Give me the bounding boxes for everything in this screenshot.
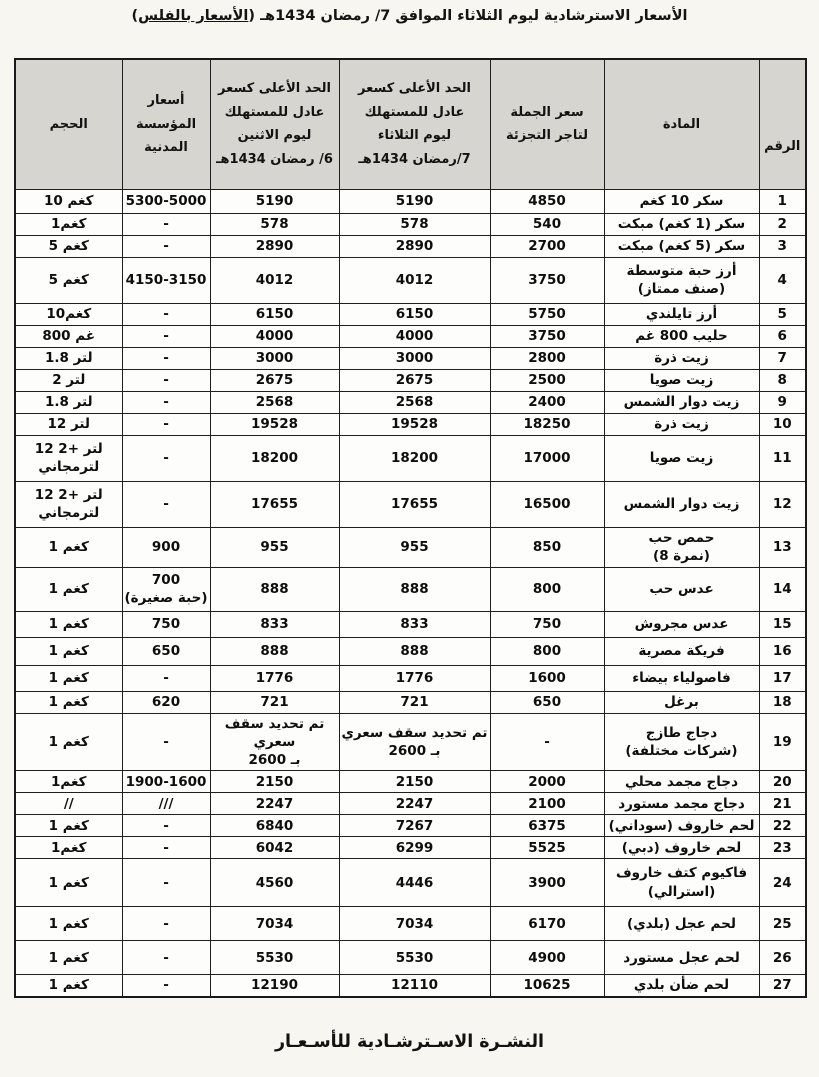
table-row: 17فاصولياء بيضاء160017761776-1 كغم <box>15 665 806 691</box>
cell-material: لحم خاروف (دبي) <box>604 837 759 859</box>
cell-institution-price: - <box>122 815 210 837</box>
cell-wholesale-price: 5525 <box>490 837 604 859</box>
cell-max-price-tuesday: 18200 <box>339 435 490 481</box>
table-row: 13حمص حب (نمرة 8)8509559559001 كغم <box>15 527 806 567</box>
cell-wholesale-price: 3750 <box>490 325 604 347</box>
cell-max-price-tuesday: 5190 <box>339 189 490 213</box>
cell-max-price-tuesday: 6299 <box>339 837 490 859</box>
cell-material: دجاج مجمد مستورد <box>604 793 759 815</box>
cell-max-price-monday: 2675 <box>210 369 339 391</box>
row-number: 6 <box>759 325 806 347</box>
cell-size: 12 لتر <box>15 413 122 435</box>
table-row: 12زيت دوار الشمس165001765517655-12 لتر +… <box>15 481 806 527</box>
cell-material: زيت ذرة <box>604 347 759 369</box>
row-number: 13 <box>759 527 806 567</box>
cell-material: لحم عجل (بلدي) <box>604 907 759 941</box>
cell-max-price-monday: 6150 <box>210 303 339 325</box>
cell-size: 1.8 لتر <box>15 347 122 369</box>
cell-max-price-tuesday: 2890 <box>339 235 490 257</box>
cell-max-price-tuesday: 2150 <box>339 771 490 793</box>
prices-table: الرقم المادة سعر الجملة لتاجر التجزئة ال… <box>14 58 807 998</box>
cell-max-price-monday: 2247 <box>210 793 339 815</box>
row-number: 4 <box>759 257 806 303</box>
cell-size: 1كغم <box>15 837 122 859</box>
cell-institution-price: - <box>122 391 210 413</box>
row-number: 11 <box>759 435 806 481</box>
table-row: 10زيت ذرة182501952819528-12 لتر <box>15 413 806 435</box>
cell-institution-price: 750 <box>122 611 210 637</box>
cell-institution-price: 4150-3150 <box>122 257 210 303</box>
cell-material: سكر (5 كغم) مبكت <box>604 235 759 257</box>
cell-max-price-tuesday: 17655 <box>339 481 490 527</box>
cell-size: 800 غم <box>15 325 122 347</box>
cell-institution-price: - <box>122 907 210 941</box>
cell-institution-price: - <box>122 713 210 771</box>
cell-size: // <box>15 793 122 815</box>
cell-wholesale-price: 6375 <box>490 815 604 837</box>
cell-wholesale-price: 2400 <box>490 391 604 413</box>
cell-wholesale-price: - <box>490 713 604 771</box>
row-number: 19 <box>759 713 806 771</box>
table-row: 23لحم خاروف (دبي)552562996042-1كغم <box>15 837 806 859</box>
cell-institution-price: - <box>122 303 210 325</box>
cell-material: عدس مجروش <box>604 611 759 637</box>
table-row: 26لحم عجل مستورد490055305530-1 كغم <box>15 941 806 975</box>
cell-max-price-tuesday: 19528 <box>339 413 490 435</box>
row-number: 14 <box>759 567 806 611</box>
cell-size: 1 كغم <box>15 691 122 713</box>
cell-max-price-monday: 2568 <box>210 391 339 413</box>
row-number: 7 <box>759 347 806 369</box>
cell-size: 1 كغم <box>15 637 122 665</box>
row-number: 3 <box>759 235 806 257</box>
cell-material: حمص حب (نمرة 8) <box>604 527 759 567</box>
header-size: الحجم <box>15 59 122 189</box>
cell-size: 12 لتر +2 لترمجاني <box>15 481 122 527</box>
table-row: 22لحم خاروف (سوداني)637572676840-1 كغم <box>15 815 806 837</box>
cell-max-price-monday: 1776 <box>210 665 339 691</box>
cell-material: دجاج طازج (شركات مختلفة) <box>604 713 759 771</box>
cell-max-price-monday: 4012 <box>210 257 339 303</box>
cell-size: 1.8 لتر <box>15 391 122 413</box>
cell-max-price-tuesday: 3000 <box>339 347 490 369</box>
cell-material: أرز حبة متوسطة (صنف ممتاز) <box>604 257 759 303</box>
cell-institution-price: - <box>122 435 210 481</box>
row-number: 27 <box>759 975 806 997</box>
cell-max-price-monday: 5190 <box>210 189 339 213</box>
cell-max-price-tuesday: 721 <box>339 691 490 713</box>
cell-max-price-monday: 721 <box>210 691 339 713</box>
cell-institution-price: 620 <box>122 691 210 713</box>
cell-material: فاصولياء بيضاء <box>604 665 759 691</box>
cell-max-price-monday: 7034 <box>210 907 339 941</box>
row-number: 12 <box>759 481 806 527</box>
cell-max-price-monday: 6042 <box>210 837 339 859</box>
table-row: 9زيت دوار الشمس240025682568-1.8 لتر <box>15 391 806 413</box>
cell-material: عدس حب <box>604 567 759 611</box>
cell-size: 1 كغم <box>15 527 122 567</box>
cell-size: 10 كغم <box>15 189 122 213</box>
cell-material: دجاج مجمد محلي <box>604 771 759 793</box>
cell-material: زيت ذرة <box>604 413 759 435</box>
cell-max-price-tuesday: 888 <box>339 567 490 611</box>
cell-size: 2 لتر <box>15 369 122 391</box>
cell-max-price-tuesday: 1776 <box>339 665 490 691</box>
cell-institution-price: - <box>122 941 210 975</box>
cell-max-price-monday: تم تحديد سقف سعري بـ 2600 <box>210 713 339 771</box>
cell-material: لحم خاروف (سوداني) <box>604 815 759 837</box>
cell-institution-price: - <box>122 665 210 691</box>
cell-wholesale-price: 18250 <box>490 413 604 435</box>
table-row: 14عدس حب800888888700 (حبة صغيرة)1 كغم <box>15 567 806 611</box>
cell-size: 1 كغم <box>15 907 122 941</box>
cell-size: 1 كغم <box>15 975 122 997</box>
cell-institution-price: - <box>122 235 210 257</box>
cell-wholesale-price: 540 <box>490 213 604 235</box>
cell-max-price-monday: 2890 <box>210 235 339 257</box>
cell-wholesale-price: 10625 <box>490 975 604 997</box>
cell-wholesale-price: 800 <box>490 637 604 665</box>
table-row: 5أرز تايلندي575061506150-10كغم <box>15 303 806 325</box>
row-number: 17 <box>759 665 806 691</box>
cell-max-price-monday: 833 <box>210 611 339 637</box>
cell-size: 1 كغم <box>15 815 122 837</box>
cell-wholesale-price: 4900 <box>490 941 604 975</box>
cell-institution-price: 5300-5000 <box>122 189 210 213</box>
table-row: 4أرز حبة متوسطة (صنف ممتاز)3750401240124… <box>15 257 806 303</box>
cell-material: زيت دوار الشمس <box>604 391 759 413</box>
cell-max-price-tuesday: 955 <box>339 527 490 567</box>
cell-material: أرز تايلندي <box>604 303 759 325</box>
cell-institution-price: - <box>122 213 210 235</box>
table-row: 27لحم ضأن بلدي106251211012190-1 كغم <box>15 975 806 997</box>
cell-wholesale-price: 850 <box>490 527 604 567</box>
cell-max-price-monday: 955 <box>210 527 339 567</box>
row-number: 21 <box>759 793 806 815</box>
cell-max-price-monday: 888 <box>210 567 339 611</box>
cell-wholesale-price: 17000 <box>490 435 604 481</box>
cell-max-price-monday: 17655 <box>210 481 339 527</box>
header-number: الرقم <box>759 59 806 189</box>
row-number: 18 <box>759 691 806 713</box>
cell-max-price-tuesday: 888 <box>339 637 490 665</box>
row-number: 2 <box>759 213 806 235</box>
cell-institution-price: - <box>122 413 210 435</box>
cell-max-price-monday: 12190 <box>210 975 339 997</box>
cell-institution-price: - <box>122 481 210 527</box>
cell-max-price-monday: 888 <box>210 637 339 665</box>
cell-size: 1 كغم <box>15 665 122 691</box>
cell-institution-price: - <box>122 837 210 859</box>
cell-wholesale-price: 3900 <box>490 859 604 907</box>
table-row: 1سكر 10 كغم4850519051905300-500010 كغم <box>15 189 806 213</box>
cell-wholesale-price: 2700 <box>490 235 604 257</box>
cell-material: برغل <box>604 691 759 713</box>
table-header: الرقم المادة سعر الجملة لتاجر التجزئة ال… <box>15 59 806 189</box>
cell-material: سكر (1 كغم) مبكت <box>604 213 759 235</box>
cell-max-price-monday: 2150 <box>210 771 339 793</box>
cell-material: فريكة مصرية <box>604 637 759 665</box>
cell-wholesale-price: 5750 <box>490 303 604 325</box>
cell-max-price-tuesday: 5530 <box>339 941 490 975</box>
header-material: المادة <box>604 59 759 189</box>
page-title: الأسعار الاسترشادية ليوم الثلاثاء المواف… <box>0 8 819 24</box>
cell-max-price-monday: 3000 <box>210 347 339 369</box>
cell-max-price-tuesday: 578 <box>339 213 490 235</box>
page-footer: النشـرة الاسـترشـادية للأسـعـار <box>0 1032 819 1052</box>
table-body: 1سكر 10 كغم4850519051905300-500010 كغم2س… <box>15 189 806 997</box>
cell-size: 1 كغم <box>15 567 122 611</box>
cell-size: 1كغم <box>15 771 122 793</box>
cell-max-price-tuesday: 2247 <box>339 793 490 815</box>
cell-institution-price: - <box>122 325 210 347</box>
header-max-price-monday: الحد الأعلى كسعر عادل للمستهلك ليوم الاث… <box>210 59 339 189</box>
cell-wholesale-price: 750 <box>490 611 604 637</box>
cell-wholesale-price: 4850 <box>490 189 604 213</box>
cell-max-price-tuesday: 4446 <box>339 859 490 907</box>
cell-material: زيت صويا <box>604 435 759 481</box>
cell-max-price-monday: 4560 <box>210 859 339 907</box>
cell-size: 1 كغم <box>15 941 122 975</box>
header-row: الرقم المادة سعر الجملة لتاجر التجزئة ال… <box>15 59 806 189</box>
cell-material: لحم عجل مستورد <box>604 941 759 975</box>
cell-material: فاكيوم كتف خاروف (استرالي) <box>604 859 759 907</box>
cell-institution-price: 900 <box>122 527 210 567</box>
cell-institution-price: - <box>122 347 210 369</box>
cell-material: لحم ضأن بلدي <box>604 975 759 997</box>
cell-institution-price: - <box>122 975 210 997</box>
cell-max-price-monday: 578 <box>210 213 339 235</box>
cell-material: زيت دوار الشمس <box>604 481 759 527</box>
cell-size: 1 كغم <box>15 611 122 637</box>
cell-wholesale-price: 2100 <box>490 793 604 815</box>
table-row: 8زيت صويا250026752675-2 لتر <box>15 369 806 391</box>
cell-size: 12 لتر +2 لترمجاني <box>15 435 122 481</box>
cell-wholesale-price: 6170 <box>490 907 604 941</box>
cell-wholesale-price: 2500 <box>490 369 604 391</box>
cell-max-price-tuesday: 2568 <box>339 391 490 413</box>
cell-size: 1 كغم <box>15 713 122 771</box>
cell-wholesale-price: 3750 <box>490 257 604 303</box>
cell-wholesale-price: 2000 <box>490 771 604 793</box>
cell-size: 5 كغم <box>15 235 122 257</box>
cell-max-price-monday: 5530 <box>210 941 339 975</box>
header-max-price-tuesday: الحد الأعلى كسعر عادل للمستهلك ليوم الثل… <box>339 59 490 189</box>
cell-max-price-tuesday: 4000 <box>339 325 490 347</box>
cell-material: حليب 800 غم <box>604 325 759 347</box>
cell-institution-price: /// <box>122 793 210 815</box>
row-number: 16 <box>759 637 806 665</box>
table-row: 16فريكة مصرية8008888886501 كغم <box>15 637 806 665</box>
page-title-text: الأسعار الاسترشادية ليوم الثلاثاء المواف… <box>248 8 687 24</box>
cell-max-price-tuesday: 12110 <box>339 975 490 997</box>
cell-max-price-monday: 4000 <box>210 325 339 347</box>
cell-institution-price: - <box>122 369 210 391</box>
cell-institution-price: - <box>122 859 210 907</box>
table-row: 7زيت ذرة280030003000-1.8 لتر <box>15 347 806 369</box>
cell-institution-price: 700 (حبة صغيرة) <box>122 567 210 611</box>
cell-institution-price: 650 <box>122 637 210 665</box>
table-row: 19دجاج طازج (شركات مختلفة)-تم تحديد سقف … <box>15 713 806 771</box>
row-number: 5 <box>759 303 806 325</box>
cell-wholesale-price: 16500 <box>490 481 604 527</box>
table-row: 18برغل6507217216201 كغم <box>15 691 806 713</box>
cell-wholesale-price: 2800 <box>490 347 604 369</box>
row-number: 22 <box>759 815 806 837</box>
cell-size: 1كغم <box>15 213 122 235</box>
row-number: 10 <box>759 413 806 435</box>
header-civil-institution-prices: أسعار المؤسسة المدنية <box>122 59 210 189</box>
table-row: 15عدس مجروش7508338337501 كغم <box>15 611 806 637</box>
cell-max-price-monday: 19528 <box>210 413 339 435</box>
cell-max-price-tuesday: 6150 <box>339 303 490 325</box>
table-row: 2سكر (1 كغم) مبكت540578578-1كغم <box>15 213 806 235</box>
row-number: 1 <box>759 189 806 213</box>
cell-size: 5 كغم <box>15 257 122 303</box>
row-number: 20 <box>759 771 806 793</box>
row-number: 25 <box>759 907 806 941</box>
table-row: 6حليب 800 غم375040004000-800 غم <box>15 325 806 347</box>
header-wholesale-price: سعر الجملة لتاجر التجزئة <box>490 59 604 189</box>
cell-size: 1 كغم <box>15 859 122 907</box>
table-row: 24فاكيوم كتف خاروف (استرالي)390044464560… <box>15 859 806 907</box>
cell-material: زيت صويا <box>604 369 759 391</box>
cell-size: 10كغم <box>15 303 122 325</box>
row-number: 26 <box>759 941 806 975</box>
page-title-underlined-text: الأسعار بالفلس <box>138 8 248 24</box>
cell-max-price-tuesday: 7267 <box>339 815 490 837</box>
row-number: 23 <box>759 837 806 859</box>
cell-max-price-tuesday: 7034 <box>339 907 490 941</box>
cell-max-price-tuesday: تم تحديد سقف سعري بـ 2600 <box>339 713 490 771</box>
row-number: 24 <box>759 859 806 907</box>
cell-max-price-tuesday: 4012 <box>339 257 490 303</box>
cell-max-price-monday: 18200 <box>210 435 339 481</box>
table-row: 25لحم عجل (بلدي)617070347034-1 كغم <box>15 907 806 941</box>
cell-max-price-tuesday: 2675 <box>339 369 490 391</box>
cell-max-price-tuesday: 833 <box>339 611 490 637</box>
row-number: 15 <box>759 611 806 637</box>
row-number: 9 <box>759 391 806 413</box>
cell-institution-price: 1900-1600 <box>122 771 210 793</box>
row-number: 8 <box>759 369 806 391</box>
cell-max-price-monday: 6840 <box>210 815 339 837</box>
table-row: 3سكر (5 كغم) مبكت270028902890-5 كغم <box>15 235 806 257</box>
cell-wholesale-price: 650 <box>490 691 604 713</box>
table-row: 11زيت صويا170001820018200-12 لتر +2 لترم… <box>15 435 806 481</box>
cell-wholesale-price: 1600 <box>490 665 604 691</box>
table-row: 21دجاج مجمد مستورد210022472247///// <box>15 793 806 815</box>
cell-material: سكر 10 كغم <box>604 189 759 213</box>
table-row: 20دجاج مجمد محلي2000215021501900-16001كغ… <box>15 771 806 793</box>
cell-wholesale-price: 800 <box>490 567 604 611</box>
